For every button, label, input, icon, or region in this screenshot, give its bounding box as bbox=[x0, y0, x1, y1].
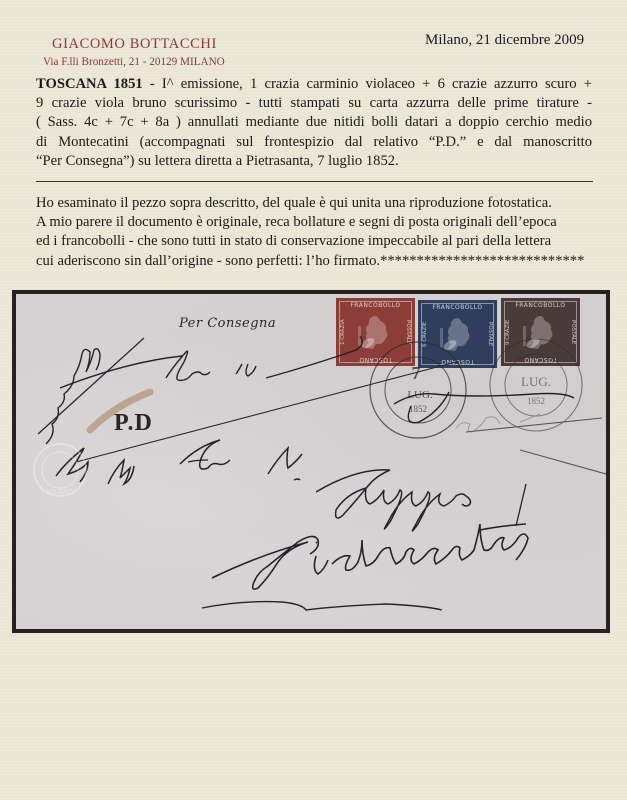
postmark-montecatini-1: 7 LUG. 1852 bbox=[370, 342, 466, 438]
description-line: ( Sass. 4c + 7c + 8a ) annullati mediant… bbox=[36, 113, 592, 132]
description-line: 9 crazie viola bruno scurissimo - tutti … bbox=[36, 94, 592, 113]
letter-photo: FRANCOBOLLO 1·CRAZIA POSTALE TOSCANO FRA… bbox=[12, 290, 610, 633]
svg-text:LUG.: LUG. bbox=[521, 374, 551, 389]
svg-text:1852: 1852 bbox=[527, 396, 545, 406]
opinion-line: cui aderiscono sin dall’origine - sono p… bbox=[36, 252, 592, 271]
pd-handstamp: P.D bbox=[114, 410, 153, 437]
description-line: “Per Consegna”) su lettera diretta a Pie… bbox=[36, 152, 592, 171]
description-title: TOSCANA 1851 bbox=[36, 76, 143, 92]
section-divider bbox=[36, 181, 593, 182]
postmark-montecatini-2: LUG. 1852 bbox=[490, 339, 582, 431]
opinion-line: A mio parere il documento è originale, r… bbox=[36, 213, 592, 232]
description-line: TOSCANA 1851 - I^ emissione, 1 crazia ca… bbox=[36, 75, 592, 94]
svg-text:MILANO: MILANO bbox=[46, 488, 74, 496]
expert-address: Via F.lli Bronzetti, 21 - 20129 MILANO bbox=[43, 56, 225, 68]
svg-text:1852: 1852 bbox=[409, 404, 427, 414]
manuscript-per-consegna: Per Consegna bbox=[179, 316, 276, 331]
expert-name: GIACOMO BOTTACCHI bbox=[52, 36, 217, 53]
description-line: di Montecatini (accompagnati sul frontes… bbox=[36, 133, 592, 152]
opinion-line: ed i francobolli - che sono tutti in sta… bbox=[36, 232, 592, 251]
certificate-date: Milano, 21 dicembre 2009 bbox=[425, 32, 584, 49]
expert-opinion: Ho esaminato il pezzo sopra descritto, d… bbox=[36, 194, 592, 271]
item-description: TOSCANA 1851 - I^ emissione, 1 crazia ca… bbox=[36, 75, 592, 171]
letter-ink: 7 LUG. 1852 LUG. 1852 bbox=[16, 294, 606, 629]
opinion-line: Ho esaminato il pezzo sopra descritto, d… bbox=[36, 194, 592, 213]
